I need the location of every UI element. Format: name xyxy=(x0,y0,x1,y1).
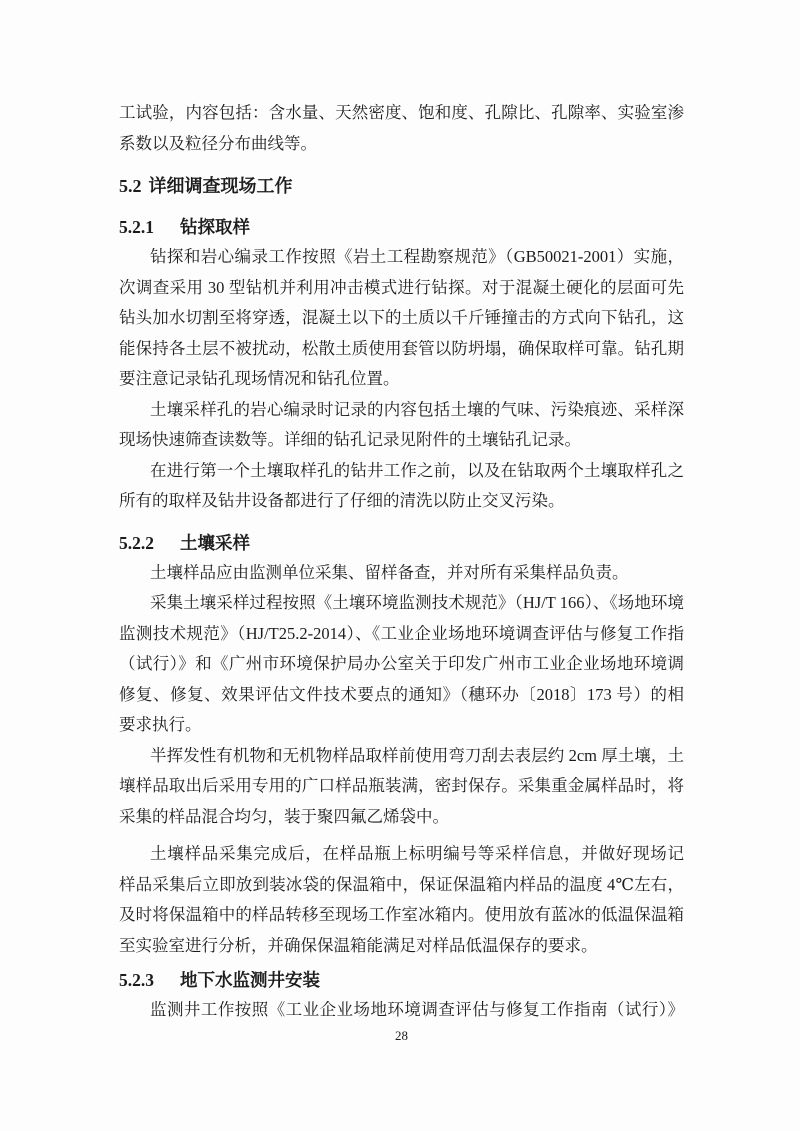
heading-number: 5.2.2 xyxy=(119,533,154,553)
heading-title: 详细调查现场工作 xyxy=(149,176,293,196)
text-line: 系数以及粒径分布曲线等。 xyxy=(119,129,684,160)
text-line: （试行）》和《广州市环境保护局办公室关于印发广州市工业企业场地环境调查、 xyxy=(119,649,684,680)
text-line: 次调查采用 30 型钻机并利用冲击模式进行钻探。对于混凝土硬化的层面可先用 xyxy=(119,273,684,304)
text-line: 土壤样品采集完成后，在样品瓶上标明编号等采样信息，并做好现场记录。 xyxy=(119,839,684,870)
heading-number: 5.2.1 xyxy=(119,217,154,237)
text-line: 及时将保温箱中的样品转移至现场工作室冰箱内。使用放有蓝冰的低温保温箱送 xyxy=(119,900,684,931)
text-line: 要求执行。 xyxy=(119,710,684,741)
text-line: 采集土壤采样过程按照《土壤环境监测技术规范》（HJ/T 166）、《场地环境 xyxy=(119,588,684,619)
heading-number: 5.2.3 xyxy=(119,970,154,990)
page-body: 工试验，内容包括：含水量、天然密度、饱和度、孔隙比、孔隙率、实验室渗透 系数以及… xyxy=(119,98,684,1044)
text-line: 要注意记录钻孔现场情况和钻孔位置。 xyxy=(119,364,684,395)
text-line: 土壤采样孔的岩心编录时记录的内容包括土壤的气味、污染痕迹、采样深度、 xyxy=(119,395,684,426)
subsection-heading-5-2-2: 5.2.2土壤采样 xyxy=(119,528,684,558)
heading-title: 钻探取样 xyxy=(180,217,250,237)
text-line: 监测技术规范》（HJ/T25.2-2014）、《工业企业场地环境调查评估与修复工… xyxy=(119,619,684,650)
paragraph: 钻探和岩心编录工作按照《岩土工程勘察规范》（GB50021-2001）实施，本 … xyxy=(119,242,684,395)
paragraph: 工试验，内容包括：含水量、天然密度、饱和度、孔隙比、孔隙率、实验室渗透 系数以及… xyxy=(119,98,684,159)
page-number: 28 xyxy=(119,1028,684,1044)
text-line: 半挥发性有机物和无机物样品取样前使用弯刀刮去表层约 2cm 厚土壤，土 xyxy=(119,741,684,772)
text-line: 修复、修复、效果评估文件技术要点的通知》（穗环办〔2018〕173 号）的相关 xyxy=(119,680,684,711)
text-line: 样品采集后立即放到装冰袋的保温箱中，保证保温箱内样品的温度 4℃左右，并 xyxy=(119,870,684,901)
paragraph: 半挥发性有机物和无机物样品取样前使用弯刀刮去表层约 2cm 厚土壤，土 壤样品取… xyxy=(119,741,684,833)
text-line: 壤样品取出后采用专用的广口样品瓶装满，密封保存。采集重金属样品时，将所 xyxy=(119,771,684,802)
subsection-heading-5-2-3: 5.2.3地下水监测井安装 xyxy=(119,965,684,995)
text-line: 土壤样品应由监测单位采集、留样备查，并对所有采集样品负责。 xyxy=(119,558,684,589)
document-page: 工试验，内容包括：含水量、天然密度、饱和度、孔隙比、孔隙率、实验室渗透 系数以及… xyxy=(0,0,800,1131)
section-heading-5-2: 5.2详细调查现场工作 xyxy=(119,171,684,201)
text-line: 钻头加水切割至将穿透，混凝土以下的土质以千斤锤撞击的方式向下钻孔，这样 xyxy=(119,303,684,334)
paragraph: 监测井工作按照《工业企业场地环境调查评估与修复工作指南（试行）》的 xyxy=(119,995,684,1026)
text-line: 工试验，内容包括：含水量、天然密度、饱和度、孔隙比、孔隙率、实验室渗透 xyxy=(119,98,684,129)
paragraph: 在进行第一个土壤取样孔的钻井工作之前，以及在钻取两个土壤取样孔之间， 所有的取样… xyxy=(119,456,684,517)
paragraph: 土壤样品应由监测单位采集、留样备查，并对所有采集样品负责。 xyxy=(119,558,684,589)
text-line: 至实验室进行分析，并确保保温箱能满足对样品低温保存的要求。 xyxy=(119,931,684,962)
paragraph: 采集土壤采样过程按照《土壤环境监测技术规范》（HJ/T 166）、《场地环境 监… xyxy=(119,588,684,741)
paragraph: 土壤采样孔的岩心编录时记录的内容包括土壤的气味、污染痕迹、采样深度、 现场快速筛… xyxy=(119,395,684,456)
heading-title: 地下水监测井安装 xyxy=(180,970,320,990)
text-line: 监测井工作按照《工业企业场地环境调查评估与修复工作指南（试行）》的 xyxy=(119,995,684,1026)
text-line: 在进行第一个土壤取样孔的钻井工作之前，以及在钻取两个土壤取样孔之间， xyxy=(119,456,684,487)
heading-title: 土壤采样 xyxy=(180,533,250,553)
heading-number: 5.2 xyxy=(119,176,142,196)
text-line: 现场快速筛查读数等。详细的钻孔记录见附件的土壤钻孔记录。 xyxy=(119,425,684,456)
text-line: 能保持各土层不被扰动，松散土质使用套管以防坍塌，确保取样可靠。钻孔期间 xyxy=(119,334,684,365)
text-line: 所有的取样及钻井设备都进行了仔细的清洗以防止交叉污染。 xyxy=(119,486,684,517)
text-line: 采集的样品混合均匀，装于聚四氟乙烯袋中。 xyxy=(119,802,684,833)
paragraph: 土壤样品采集完成后，在样品瓶上标明编号等采样信息，并做好现场记录。 样品采集后立… xyxy=(119,839,684,961)
text-line: 钻探和岩心编录工作按照《岩土工程勘察规范》（GB50021-2001）实施，本 xyxy=(119,242,684,273)
subsection-heading-5-2-1: 5.2.1钻探取样 xyxy=(119,212,684,242)
